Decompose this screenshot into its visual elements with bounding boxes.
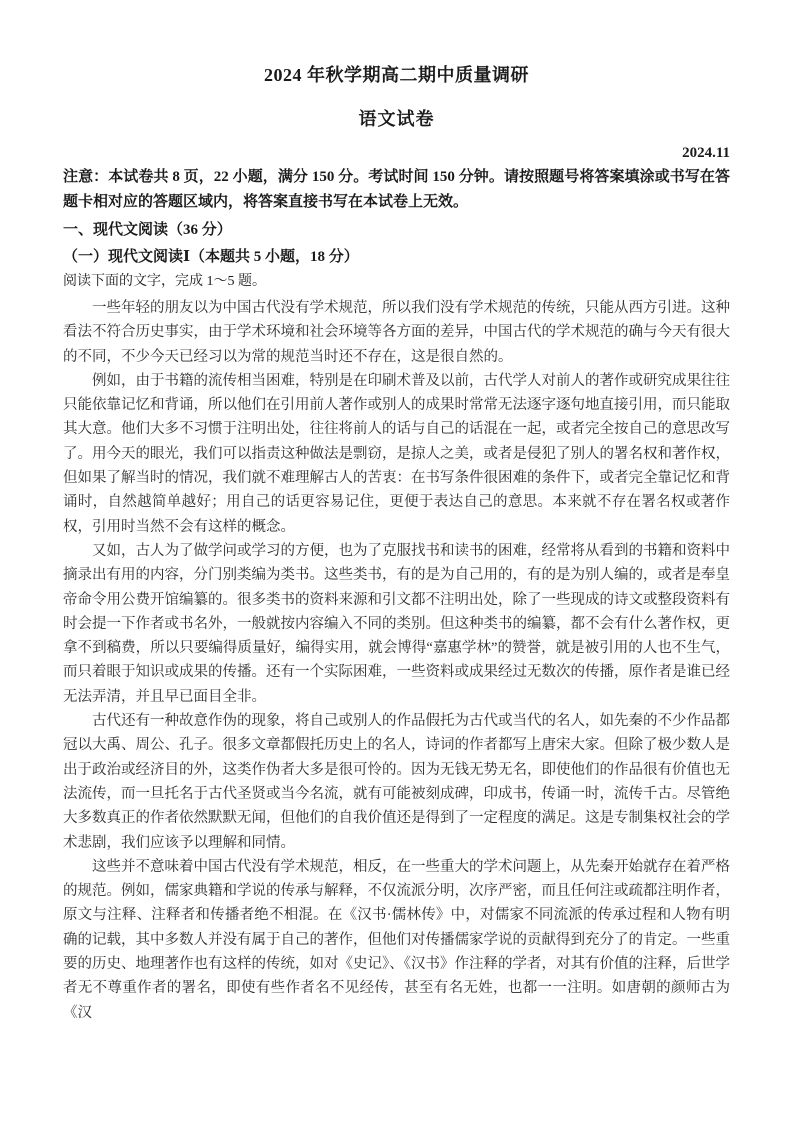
passage-paragraph-1: 一些年轻的朋友以为中国古代没有学术规范，所以我们没有学术规范的传统，只能从西方引… xyxy=(63,296,730,369)
exam-paper-page: 2024 年秋学期高二期中质量调研 语文试卷 2024.11 注意：本试卷共 8… xyxy=(0,0,793,1122)
subsection-heading-reading-one: （一）现代文阅读Ⅰ（本题共 5 小题，18 分） xyxy=(63,244,730,270)
passage-paragraph-2: 例如，由于书籍的流传相当困难，特别是在印刷术普及以前，古代学人对前人的著作或研究… xyxy=(63,369,730,539)
exam-date: 2024.11 xyxy=(63,144,730,162)
exam-title: 2024 年秋学期高二期中质量调研 xyxy=(63,62,730,88)
reading-passage: 一些年轻的朋友以为中国古代没有学术规范，所以我们没有学术规范的传统，只能从西方引… xyxy=(63,296,730,1025)
exam-notice: 注意：本试卷共 8 页，22 小题，满分 150 分。考试时间 150 分钟。请… xyxy=(63,165,730,215)
section-heading-modern-text-reading: 一、现代文阅读（36 分） xyxy=(63,218,730,243)
exam-subtitle: 语文试卷 xyxy=(63,106,730,132)
passage-paragraph-3: 又如，古人为了做学问或学习的方便，也为了克服找书和读书的困难，经常将从看到的书籍… xyxy=(63,539,730,709)
reading-instruction: 阅读下面的文字，完成 1～5 题。 xyxy=(63,270,730,294)
passage-paragraph-5: 这些并不意味着中国古代没有学术规范，相反，在一些重大的学术问题上，从先秦开始就存… xyxy=(63,855,730,1025)
passage-paragraph-4: 古代还有一种故意作伪的现象，将自己或别人的作品假托为古代或当代的名人，如先秦的不… xyxy=(63,709,730,855)
